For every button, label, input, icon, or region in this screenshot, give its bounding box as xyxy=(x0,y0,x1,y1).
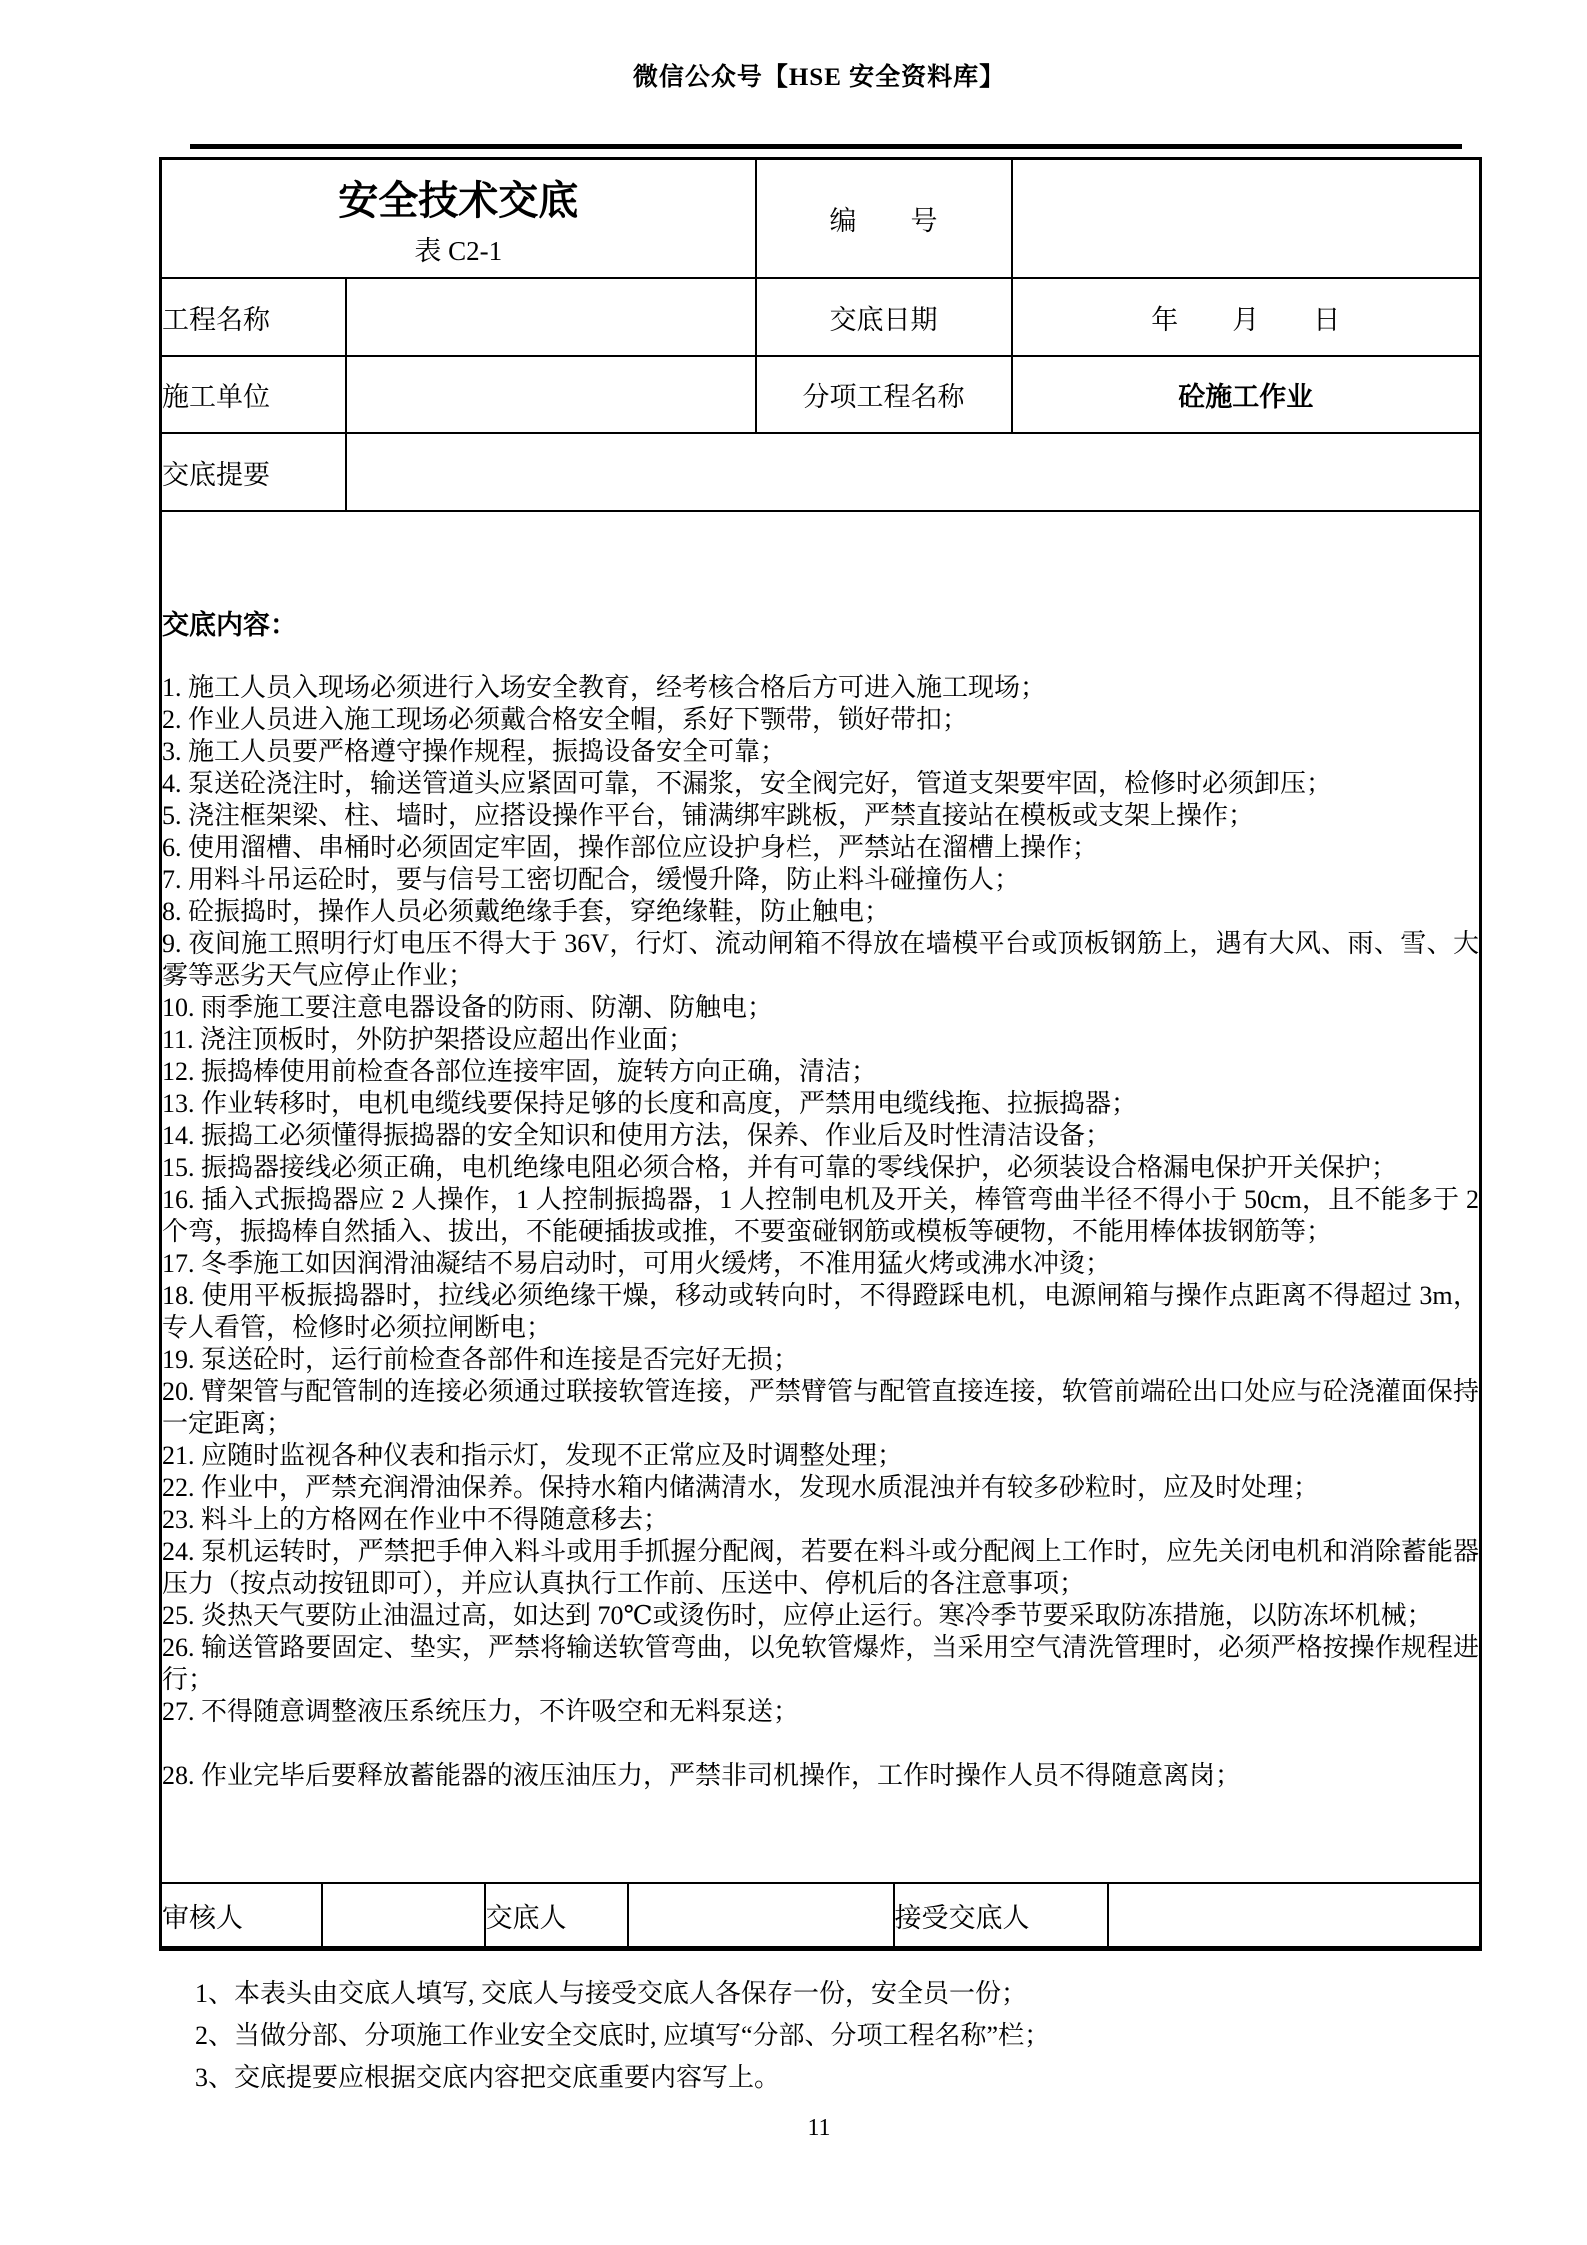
safety-disclosure-form-table: 安全技术交底 表 C2-1 编 号 工程名称 交底日期 年 月 日 施工单位 分… xyxy=(159,157,1482,1951)
content-item: 16. 插入式振捣器应 2 人操作，1 人控制振捣器，1 人控制电机及开关，棒管… xyxy=(162,1184,1479,1248)
construction-unit-label: 施工单位 xyxy=(161,356,346,433)
form-subtitle: 表 C2-1 xyxy=(162,235,755,267)
summary-label: 交底提要 xyxy=(161,433,346,511)
content-item: 15. 振捣器接线必须正确，电机绝缘电阻必须合格，并有可靠的零线保护，必须装设合… xyxy=(162,1152,1479,1184)
content-item: 21. 应随时监视各种仪表和指示灯，发现不正常应及时调整处理； xyxy=(162,1440,1479,1472)
page-number: 11 xyxy=(159,2115,1479,2142)
footnote-line: 2、当做分部、分项施工作业安全交底时, 应填写“分部、分项工程名称”栏； xyxy=(195,2015,1479,2057)
content-item: 28. 作业完毕后要释放蓄能器的液压油压力，严禁非司机操作，工作时操作人员不得随… xyxy=(162,1760,1479,1792)
content-item: 1. 施工人员入现场必须进行入场安全教育，经考核合格后方可进入施工现场； xyxy=(162,672,1479,704)
disclosure-content-cell: 交底内容： 1. 施工人员入现场必须进行入场安全教育，经考核合格后方可进入施工现… xyxy=(161,511,1481,1883)
form-title: 安全技术交底 xyxy=(162,171,755,225)
footnote-line: 1、本表头由交底人填写, 交底人与接受交底人各保存一份，安全员一份； xyxy=(195,1973,1479,2015)
content-item: 12. 振捣棒使用前检查各部位连接牢固，旋转方向正确，清洁； xyxy=(162,1056,1479,1088)
content-item: 6. 使用溜槽、串桶时必须固定牢固，操作部位应设护身栏，严禁站在溜槽上操作； xyxy=(162,832,1479,864)
content-item: 23. 料斗上的方格网在作业中不得随意移去； xyxy=(162,1504,1479,1536)
footnote-line: 3、交底提要应根据交底内容把交底重要内容写上。 xyxy=(195,2057,1479,2099)
content-item: 9. 夜间施工照明行灯电压不得大于 36V，行灯、流动闸箱不得放在墙模平台或顶板… xyxy=(162,928,1479,992)
receiver-label: 接受交底人 xyxy=(894,1883,1108,1949)
content-item: 7. 用料斗吊运砼时，要与信号工密切配合，缓慢升降，防止料斗碰撞伤人； xyxy=(162,864,1479,896)
summary-value-cell[interactable] xyxy=(346,433,1481,511)
content-item: 17. 冬季施工如因润滑油凝结不易启动时，可用火缓烤，不准用猛火烤或沸水冲烫； xyxy=(162,1248,1479,1280)
document-page: 微信公众号【HSE 安全资料库】 安全技术交底 表 C2-1 编 号 工程名称 … xyxy=(159,0,1479,2142)
content-item: 3. 施工人员要严格遵守操作规程，振捣设备安全可靠； xyxy=(162,736,1479,768)
form-title-cell: 安全技术交底 表 C2-1 xyxy=(161,159,756,279)
subproject-name-value: 砼施工作业 xyxy=(1012,356,1481,433)
content-item: 25. 炎热天气要防止油温过高，如达到 70℃或烫伤时，应停止运行。寒冷季节要采… xyxy=(162,1600,1479,1632)
reviewer-signature-cell[interactable] xyxy=(322,1883,485,1949)
project-name-value-cell[interactable] xyxy=(346,278,756,356)
discloser-signature-cell[interactable] xyxy=(628,1883,894,1949)
wechat-account-banner: 微信公众号【HSE 安全资料库】 xyxy=(159,0,1479,94)
content-item: 13. 作业转移时，电机电缆线要保持足够的长度和高度，严禁用电缆线拖、拉振捣器； xyxy=(162,1088,1479,1120)
content-item: 22. 作业中，严禁充润滑油保养。保持水箱内储满清水，发现水质混浊并有较多砂粒时… xyxy=(162,1472,1479,1504)
content-item: 26. 输送管路要固定、垫实，严禁将输送软管弯曲，以免软管爆炸，当采用空气清洗管… xyxy=(162,1632,1479,1696)
reviewer-label: 审核人 xyxy=(161,1883,322,1949)
content-item: 4. 泵送砼浇注时，输送管道头应紧固可靠，不漏浆，安全阀完好，管道支架要牢固，检… xyxy=(162,768,1479,800)
content-item: 27. 不得随意调整液压系统压力，不许吸空和无料泵送； xyxy=(162,1696,1479,1728)
disclosure-content-heading: 交底内容： xyxy=(162,603,1479,642)
subproject-name-label: 分项工程名称 xyxy=(756,356,1012,433)
discloser-label: 交底人 xyxy=(485,1883,628,1949)
content-item: 11. 浇注顶板时，外防护架搭设应超出作业面； xyxy=(162,1024,1479,1056)
disclosure-date-label: 交底日期 xyxy=(756,278,1012,356)
disclosure-content-list: 1. 施工人员入现场必须进行入场安全教育，经考核合格后方可进入施工现场；2. 作… xyxy=(162,672,1479,1792)
content-item: 10. 雨季施工要注意电器设备的防雨、防潮、防触电； xyxy=(162,992,1479,1024)
receiver-signature-cell[interactable] xyxy=(1108,1883,1481,1949)
content-item: 5. 浇注框架梁、柱、墙时，应搭设操作平台，铺满绑牢跳板，严禁直接站在模板或支架… xyxy=(162,800,1479,832)
content-item: 19. 泵送砼时，运行前检查各部件和连接是否完好无损； xyxy=(162,1344,1479,1376)
content-item: 20. 臂架管与配管制的连接必须通过联接软管连接，严禁臂管与配管直接连接，软管前… xyxy=(162,1376,1479,1440)
number-value-cell[interactable] xyxy=(1012,159,1481,279)
header-divider-rule xyxy=(190,144,1462,149)
content-item: 14. 振捣工必须懂得振捣器的安全知识和使用方法，保养、作业后及时性清洁设备； xyxy=(162,1120,1479,1152)
construction-unit-value-cell[interactable] xyxy=(346,356,756,433)
disclosure-date-value-cell[interactable]: 年 月 日 xyxy=(1012,278,1481,356)
content-item: 24. 泵机运转时，严禁把手伸入料斗或用手抓握分配阀，若要在料斗或分配阀上工作时… xyxy=(162,1536,1479,1600)
content-item: 18. 使用平板振捣器时，拉线必须绝缘干燥，移动或转向时，不得蹬踩电机，电源闸箱… xyxy=(162,1280,1479,1344)
footnotes: 1、本表头由交底人填写, 交底人与接受交底人各保存一份，安全员一份；2、当做分部… xyxy=(159,1973,1479,2099)
project-name-label: 工程名称 xyxy=(161,278,346,356)
number-label-cell: 编 号 xyxy=(756,159,1012,279)
content-item: 8. 砼振捣时，操作人员必须戴绝缘手套，穿绝缘鞋，防止触电； xyxy=(162,896,1479,928)
content-item: 2. 作业人员进入施工现场必须戴合格安全帽，系好下颚带，锁好带扣； xyxy=(162,704,1479,736)
